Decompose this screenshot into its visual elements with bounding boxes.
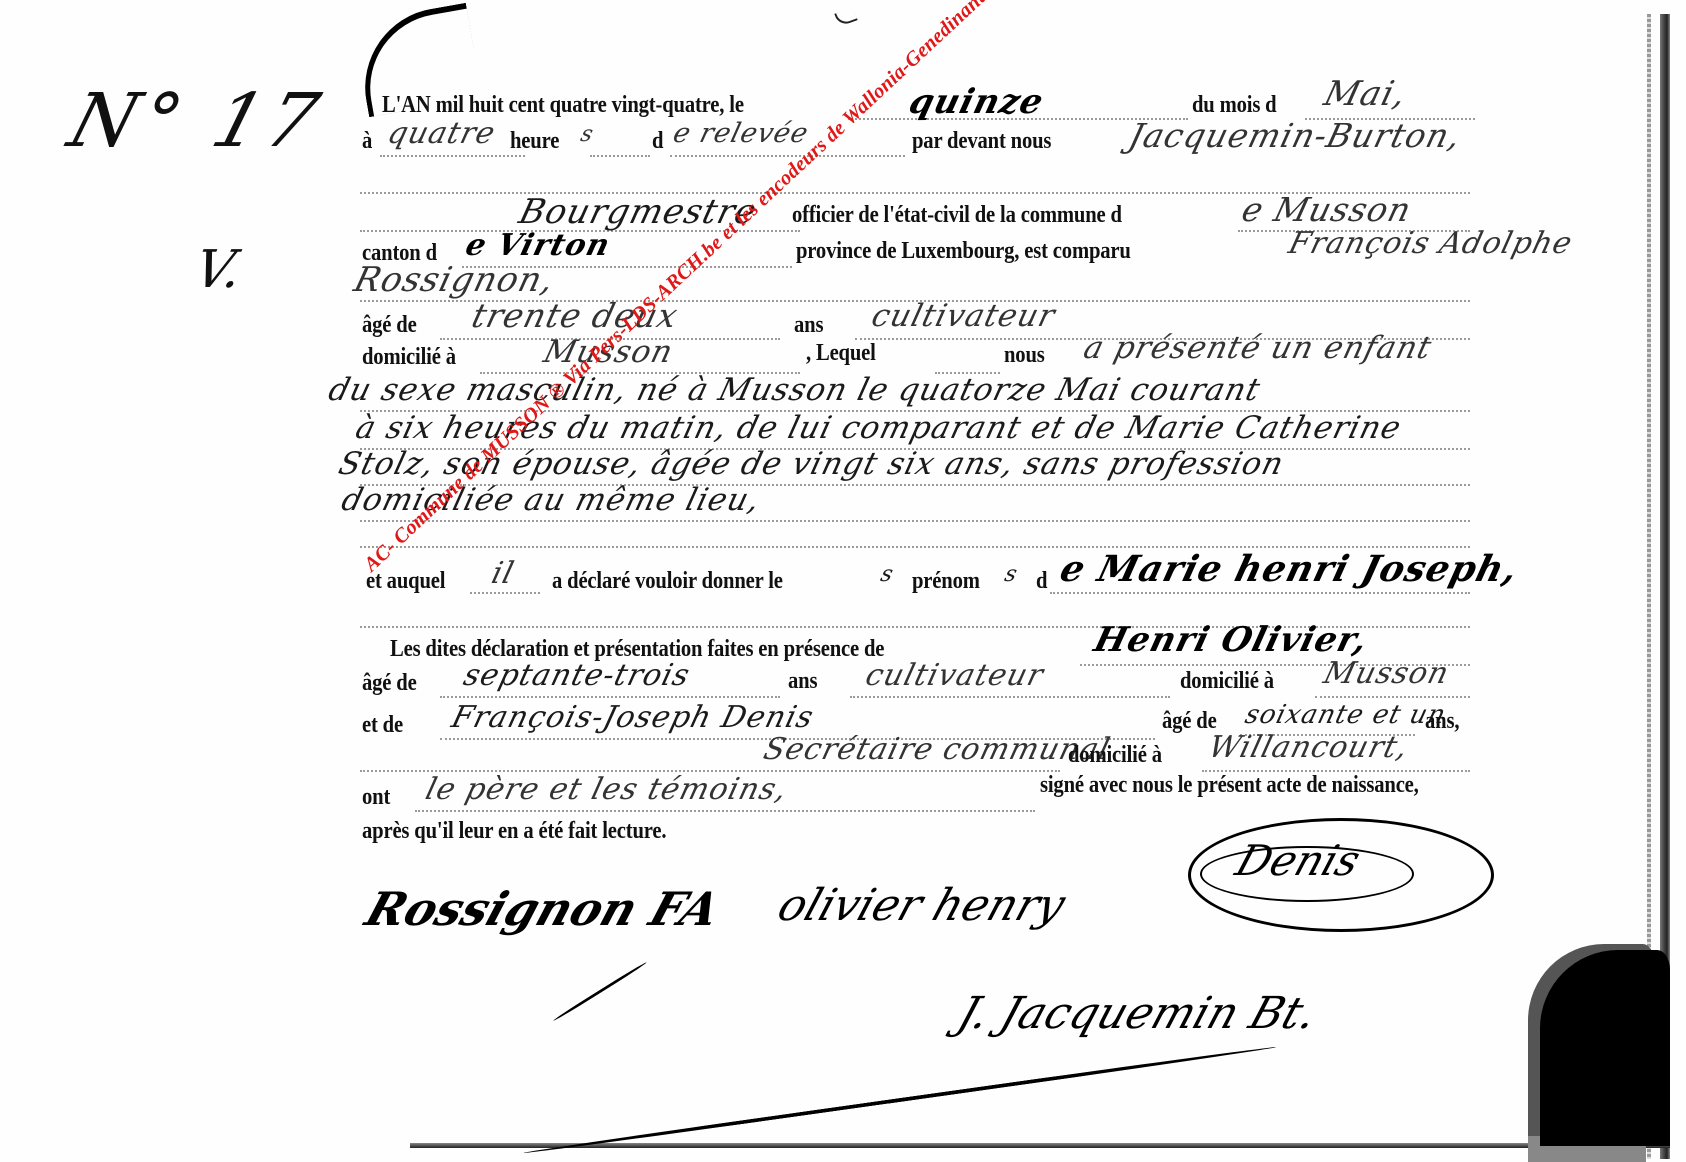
printed-text: ans bbox=[794, 312, 823, 339]
printed-text: nous bbox=[1004, 342, 1045, 369]
printed-text: âgé de bbox=[362, 312, 417, 339]
fill-line bbox=[360, 520, 1470, 522]
handwritten-witness-2-residence: Willancourt, bbox=[1205, 730, 1412, 765]
handwritten-witness-1-name: Henri Olivier, bbox=[1090, 620, 1372, 660]
handwritten-witness-1-residence: Musson bbox=[1320, 656, 1453, 691]
fill-line bbox=[440, 696, 780, 698]
handwritten-suffix: s bbox=[578, 122, 597, 147]
handwritten-time: e relevée bbox=[670, 118, 812, 149]
margin-mark: V. bbox=[190, 240, 248, 300]
signature-officer: J. Jacquemin Bt. bbox=[952, 988, 1324, 1039]
record-number: N° 17 bbox=[60, 78, 334, 164]
printed-text: domicilié à bbox=[1180, 668, 1274, 695]
printed-text: heure bbox=[510, 128, 559, 155]
handwritten-residence: domiciliée au même lieu, bbox=[338, 482, 764, 518]
printed-text: et de bbox=[362, 712, 403, 739]
printed-text: officier de l'état-civil de la commune d bbox=[792, 202, 1122, 229]
printed-text: a déclaré vouloir donner le bbox=[552, 568, 783, 595]
handwritten-canton: e Virton bbox=[462, 228, 614, 263]
fill-line bbox=[1050, 592, 1470, 594]
fill-line bbox=[470, 592, 540, 594]
signature-father: Rossignon FA bbox=[359, 882, 726, 936]
printed-text: d bbox=[1036, 568, 1047, 595]
handwritten-father-occupation: cultivateur bbox=[868, 298, 1059, 334]
fill-line bbox=[590, 155, 650, 157]
printed-text: âgé de bbox=[1162, 708, 1217, 735]
handwritten-day: quinze bbox=[905, 82, 1048, 122]
printed-text: ont bbox=[362, 784, 390, 811]
handwritten-pronoun: il bbox=[488, 556, 518, 591]
printed-text: province de Luxembourg, est comparu bbox=[796, 238, 1131, 265]
fill-line bbox=[850, 696, 1170, 698]
printed-text: à bbox=[362, 128, 372, 155]
fill-line bbox=[415, 810, 1035, 812]
signature-witness-2: Denis bbox=[1230, 836, 1366, 885]
printed-text: ans, bbox=[1425, 708, 1459, 735]
handwritten-witness-1-age: septante-trois bbox=[460, 658, 694, 693]
scanned-birth-certificate: N° 17 V. L'AN mil huit cent quatre vingt… bbox=[0, 0, 1686, 1162]
fill-line bbox=[670, 155, 905, 157]
handwritten-child-names: e Marie henri Joseph, bbox=[1056, 548, 1523, 590]
fill-line bbox=[1315, 696, 1470, 698]
handwritten-witness-2-occupation: Secrétaire communal bbox=[760, 732, 1114, 767]
printed-text: domicilié à bbox=[1068, 742, 1162, 769]
signature-witness-1: olivier henry bbox=[772, 880, 1072, 931]
printed-text: ans bbox=[788, 668, 817, 695]
handwritten-officer-name: Jacquemin-Burton, bbox=[1125, 116, 1465, 155]
fill-line bbox=[380, 155, 525, 157]
handwritten-suffix: s bbox=[878, 562, 897, 587]
printed-text: L'AN mil huit cent quatre vingt-quatre, … bbox=[382, 92, 744, 119]
printed-text: prénom bbox=[912, 568, 980, 595]
printed-text: signé avec nous le présent acte de naiss… bbox=[1040, 772, 1419, 799]
printed-text: après qu'il leur en a été fait lecture. bbox=[362, 818, 666, 845]
handwritten-witness-2-name: François-Joseph Denis bbox=[448, 700, 818, 735]
printed-text: âgé de bbox=[362, 670, 417, 697]
signature-flourish bbox=[553, 961, 648, 1022]
handwritten-month: Mai, bbox=[1320, 74, 1411, 114]
handwritten-commune: e Musson bbox=[1238, 190, 1416, 229]
printed-text: d bbox=[652, 128, 663, 155]
printed-text: , Lequel bbox=[806, 340, 876, 367]
handwritten-father-given-names: François Adolphe bbox=[1285, 226, 1576, 261]
handwritten-text: a présenté un enfant bbox=[1080, 330, 1436, 366]
printed-text: du mois d bbox=[1192, 92, 1276, 119]
ink-stain bbox=[1540, 950, 1670, 1146]
printed-text: domicilié à bbox=[362, 344, 456, 371]
handwritten-witness-1-occupation: cultivateur bbox=[862, 658, 1047, 693]
handwritten-witness-2-age: soixante et un bbox=[1242, 700, 1449, 730]
handwritten-birth-details: du sexe masculin, né à Musson le quatorz… bbox=[325, 372, 1264, 408]
printed-text: par devant nous bbox=[912, 128, 1051, 155]
handwritten-suffix: s bbox=[1002, 562, 1021, 587]
handwritten-hour: quatre bbox=[384, 116, 499, 151]
page-bottom-edge bbox=[410, 1143, 1670, 1148]
signature-underline-sweep bbox=[523, 1045, 1276, 1155]
handwritten-signatories: le père et les témoins, bbox=[422, 772, 791, 807]
ink-tick-mark bbox=[834, 7, 858, 27]
handwritten-father-surname: Rossignon, bbox=[350, 260, 559, 300]
